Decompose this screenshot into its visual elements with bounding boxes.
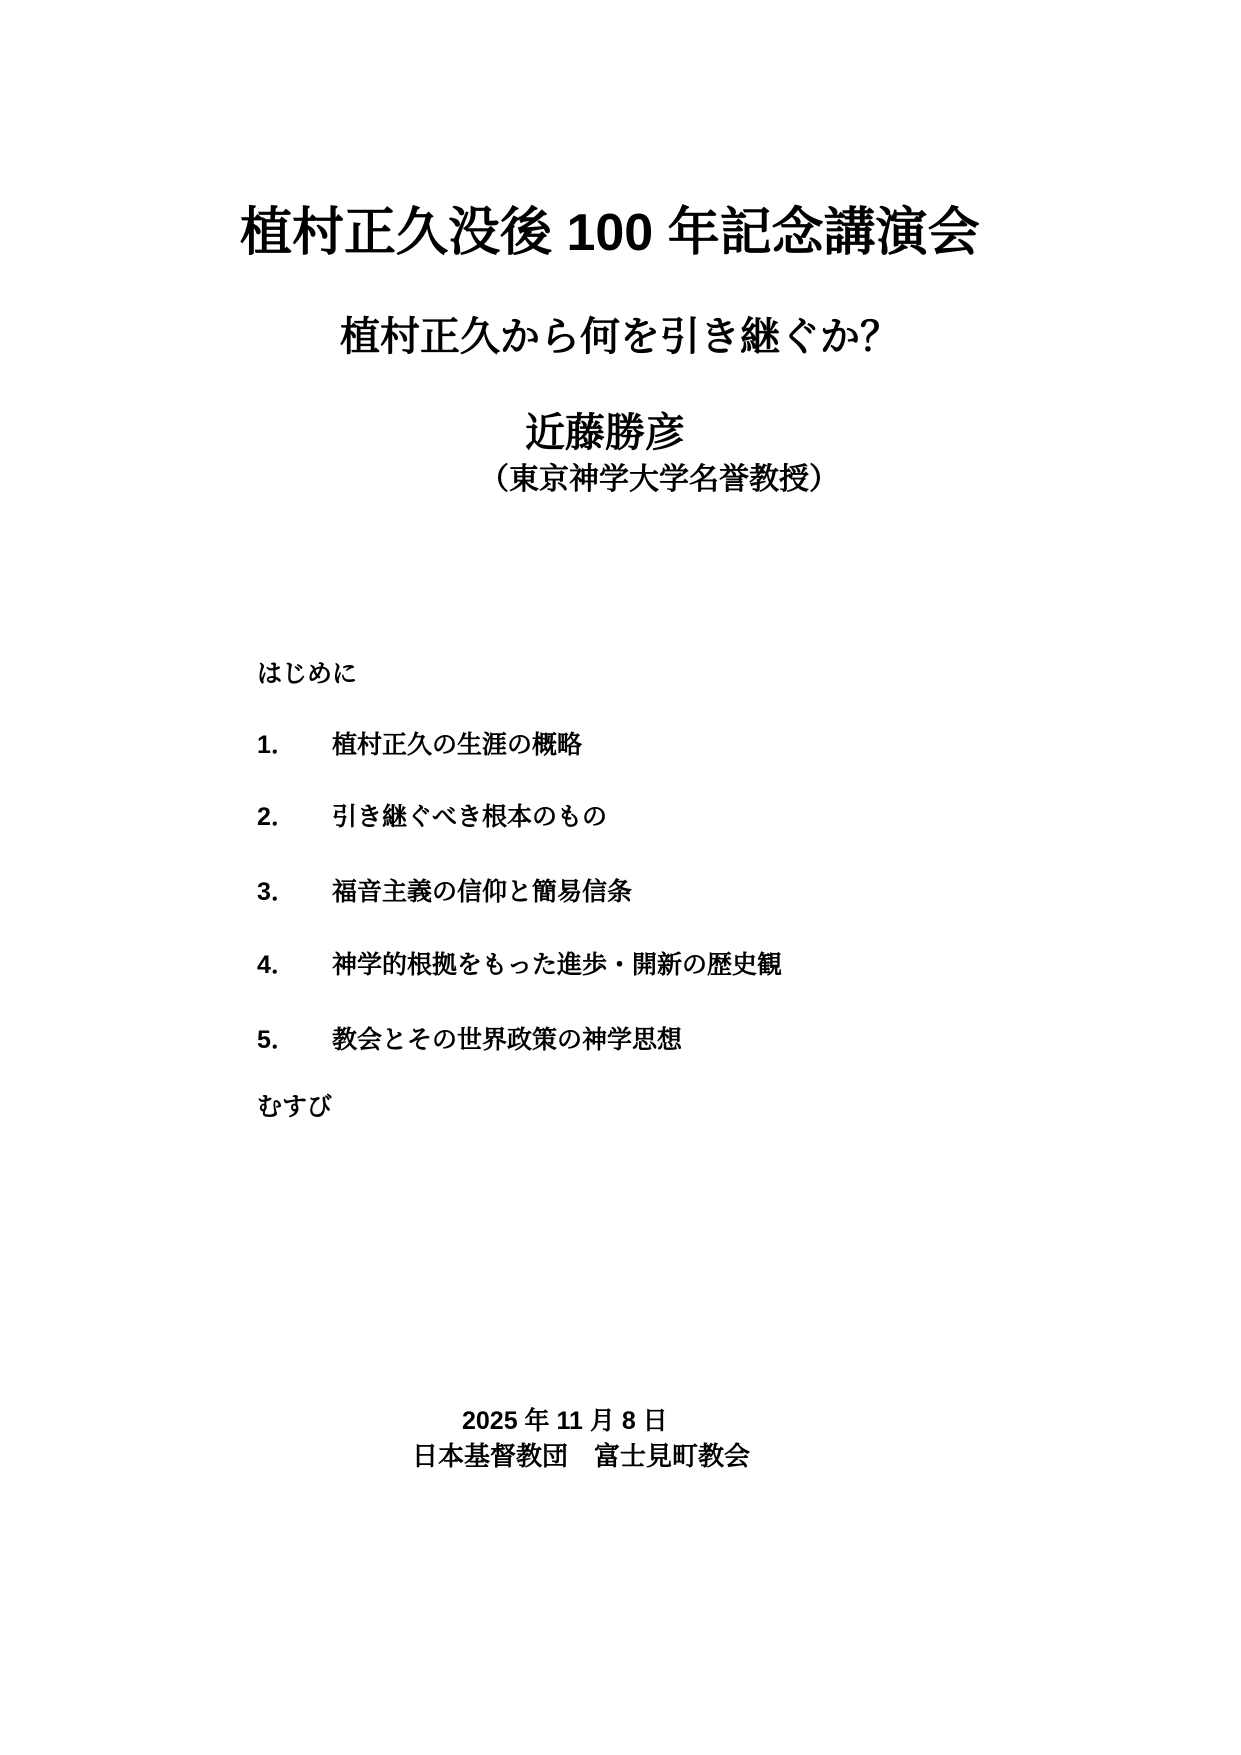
toc-item-number: 3． — [257, 878, 332, 907]
toc-item-number: 2． — [257, 803, 332, 832]
toc-opening: はじめに — [257, 660, 357, 689]
toc-closing: むすび — [257, 1093, 332, 1122]
toc-item: 2．引き継ぐべき根本のもの — [257, 803, 607, 832]
toc-item-number: 5． — [257, 1026, 332, 1055]
event-venue: 日本基督教団 富士見町教会 — [412, 1442, 750, 1472]
toc-item-text: 植村正久の生涯の概略 — [332, 731, 582, 759]
toc-item-text: 神学的根拠をもった進歩・開新の歴史観 — [332, 951, 782, 979]
toc-item-number: 4． — [257, 951, 332, 980]
speaker-name: 近藤勝彦 — [525, 410, 685, 456]
document-page: 植村正久没後 100 年記念講演会 植村正久から何を引き継ぐか？ 近藤勝彦 （東… — [0, 0, 1241, 1755]
toc-item-number: 1． — [257, 731, 332, 760]
toc-item: 1．植村正久の生涯の概略 — [257, 731, 582, 760]
event-date: 2025 年 11 月 8 日 — [462, 1407, 668, 1436]
toc-item: 4．神学的根拠をもった進歩・開新の歴史観 — [257, 951, 782, 980]
toc-item-text: 福音主義の信仰と簡易信条 — [332, 878, 632, 906]
toc-item-text: 引き継ぐべき根本のもの — [332, 803, 607, 831]
toc-item-text: 教会とその世界政策の神学思想 — [332, 1026, 682, 1054]
speaker-affiliation: （東京神学大学名誉教授） — [479, 463, 839, 498]
toc-item: 5．教会とその世界政策の神学思想 — [257, 1026, 682, 1055]
page-title: 植村正久没後 100 年記念講演会 — [240, 204, 980, 264]
toc-item: 3．福音主義の信仰と簡易信条 — [257, 878, 632, 907]
page-subtitle: 植村正久から何を引き継ぐか？ — [340, 314, 900, 360]
